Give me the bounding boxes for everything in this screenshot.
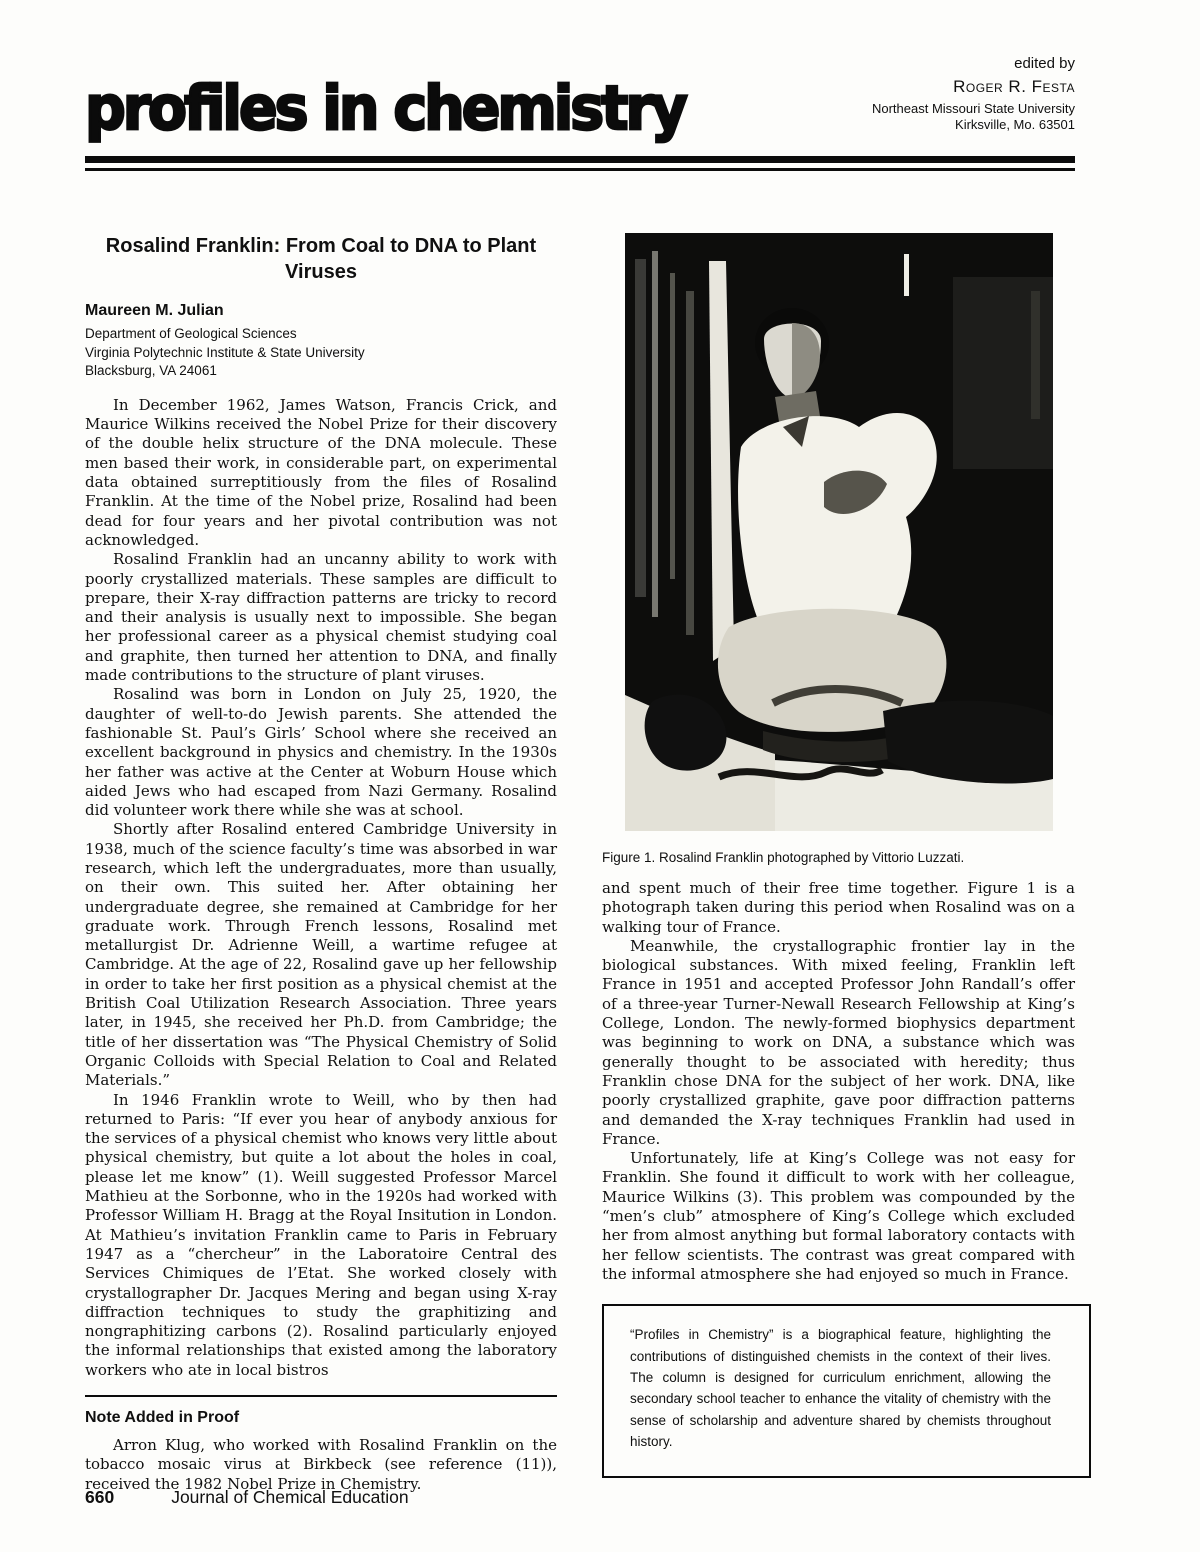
journal-page: profiles in chemistry edited by Roger R.… [0,0,1200,1552]
journal-name: Journal of Chemical Education [171,1487,408,1508]
paragraph: Rosalind was born in London on July 25, … [85,685,557,820]
paragraph: In December 1962, James Watson, Francis … [85,396,557,550]
paragraph: Shortly after Rosalind entered Cambridge… [85,820,557,1090]
paragraph: Rosalind Franklin had an uncanny ability… [85,550,557,685]
column-logo: profiles in chemistry [85,74,685,144]
editor-block: edited by Roger R. Festa Northeast Misso… [872,52,1075,134]
author-affiliation: Department of Geological Sciences Virgin… [85,325,557,381]
franklin-photo [625,233,1053,831]
article-columns: Rosalind Franklin: From Coal to DNA to P… [85,233,1075,1494]
paragraph: and spent much of their free time togeth… [602,879,1075,937]
edited-by-label: edited by [872,54,1075,74]
page-content: profiles in chemistry edited by Roger R.… [0,0,1200,1494]
left-column-body: In December 1962, James Watson, Francis … [85,396,557,1380]
masthead: profiles in chemistry edited by Roger R.… [85,0,1075,144]
editor-affiliation-line1: Northeast Missouri State University [872,101,1075,118]
editor-name: Roger R. Festa [872,76,1075,98]
author-affiliation-line3: Blacksburg, VA 24061 [85,362,557,381]
editor-affiliation-line2: Kirksville, Mo. 63501 [872,117,1075,134]
left-column: Rosalind Franklin: From Coal to DNA to P… [85,233,557,1494]
page-footer: 660 Journal of Chemical Education [85,1487,409,1508]
note-heading: Note Added in Proof [85,1409,557,1427]
figure-caption: Figure 1. Rosalind Franklin photographed… [602,850,1075,865]
figure [625,233,1053,831]
masthead-rule [85,156,1075,171]
article-title: Rosalind Franklin: From Coal to DNA to P… [97,233,545,285]
note-divider-rule [85,1395,557,1397]
paragraph: Meanwhile, the crystallographic frontier… [602,937,1075,1149]
page-number: 660 [85,1487,114,1508]
paragraph: Unfortunately, life at King’s College wa… [602,1149,1075,1284]
author-affiliation-line1: Department of Geological Sciences [85,325,557,344]
paragraph: In 1946 Franklin wrote to Weill, who by … [85,1091,557,1380]
right-column: Figure 1. Rosalind Franklin photographed… [602,233,1075,1494]
right-column-body: and spent much of their free time togeth… [602,879,1075,1284]
editor-affiliation: Northeast Missouri State University Kirk… [872,101,1075,135]
author-name: Maureen M. Julian [85,302,557,320]
column-description-box: “Profiles in Chemistry” is a biographica… [602,1304,1091,1478]
author-affiliation-line2: Virginia Polytechnic Institute & State U… [85,344,557,363]
note-paragraph: Arron Klug, who worked with Rosalind Fra… [85,1436,557,1494]
